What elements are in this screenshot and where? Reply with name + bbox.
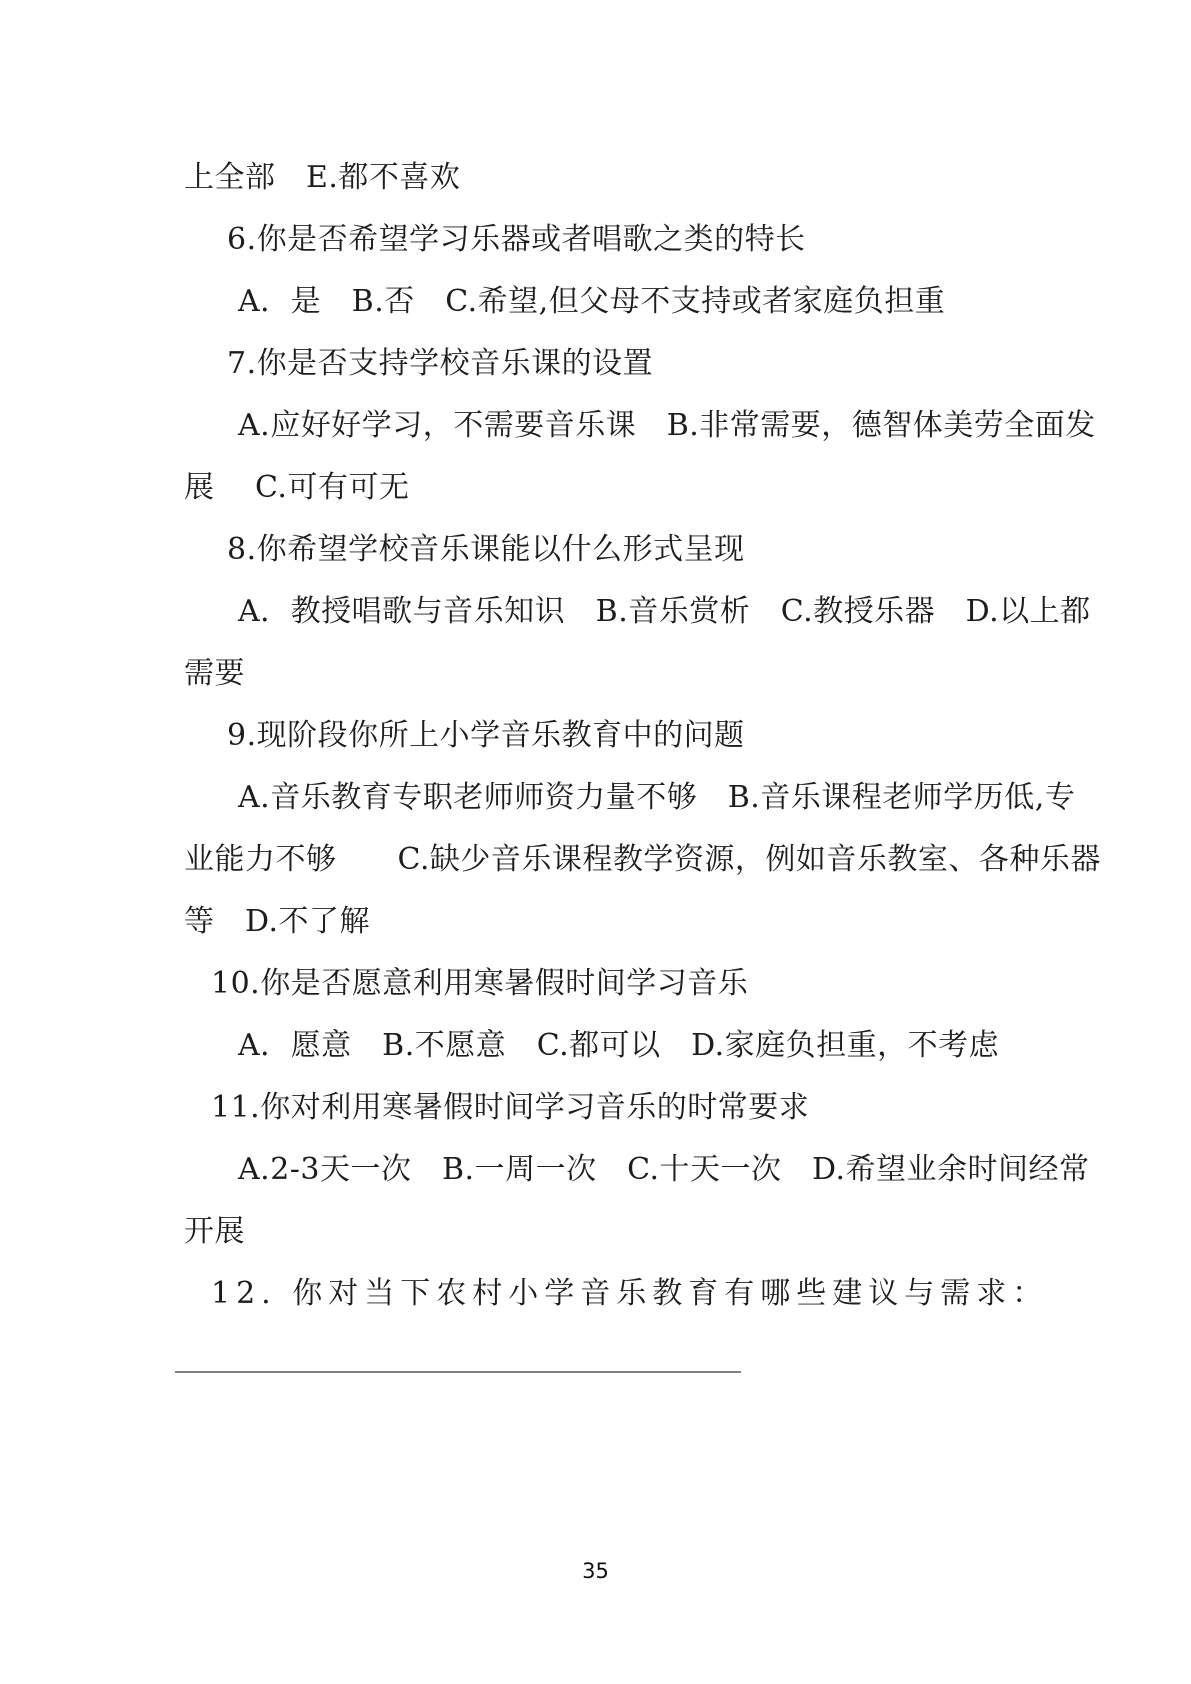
question-7: 7.你是否支持学校音乐课的设置	[184, 333, 1032, 395]
question-9: 9.现阶段你所上小学音乐教育中的问题	[184, 705, 1032, 767]
question-8-options: A．教授唱歌与音乐知识 B.音乐赏析 C.教授乐器 D.以上都	[184, 581, 1032, 643]
document-page: { "colors": { "text": "#1d1d1d", "answer…	[0, 0, 1191, 1684]
question-6: 6.你是否希望学习乐器或者唱歌之类的特长	[184, 209, 1032, 271]
question-11-options-continuation: 开展	[184, 1201, 1032, 1263]
question-6-options: A．是 B.否 C.希望,但父母不支持或者家庭负担重	[184, 271, 1032, 333]
question-9-options: A.音乐教育专职老师师资力量不够 B.音乐课程老师学历低,专	[184, 767, 1032, 829]
question-9-options-continuation-1: 业能力不够 C.缺少音乐课程教学资源，例如音乐教室、各种乐器	[184, 829, 1032, 891]
question-12: 12. 你对当下农村小学音乐教育有哪些建议与需求：	[184, 1263, 1032, 1325]
questionnaire-body: 上全部 E.都不喜欢 6.你是否希望学习乐器或者唱歌之类的特长 A．是 B.否 …	[184, 147, 1032, 1373]
question-11-options: A.2-3天一次 B.一周一次 C.十天一次 D.希望业余时间经常	[184, 1139, 1032, 1201]
question-10-options: A．愿意 B.不愿意 C.都可以 D.家庭负担重，不考虑	[184, 1015, 1032, 1077]
question-8: 8.你希望学校音乐课能以什么形式呈现	[184, 519, 1032, 581]
answer-blank-line	[175, 1371, 741, 1373]
question-7-options-continuation: 展 C.可有可无	[184, 457, 1032, 519]
question-8-options-continuation: 需要	[184, 643, 1032, 705]
page-number: 35	[0, 1559, 1191, 1583]
question-11: 11.你对利用寒暑假时间学习音乐的时常要求	[184, 1077, 1032, 1139]
question-7-options: A.应好好学习，不需要音乐课 B.非常需要，德智体美劳全面发	[184, 395, 1032, 457]
question-10: 10.你是否愿意利用寒暑假时间学习音乐	[184, 953, 1032, 1015]
question-5-options-continuation: 上全部 E.都不喜欢	[184, 147, 1032, 209]
question-9-options-continuation-2: 等 D.不了解	[184, 891, 1032, 953]
